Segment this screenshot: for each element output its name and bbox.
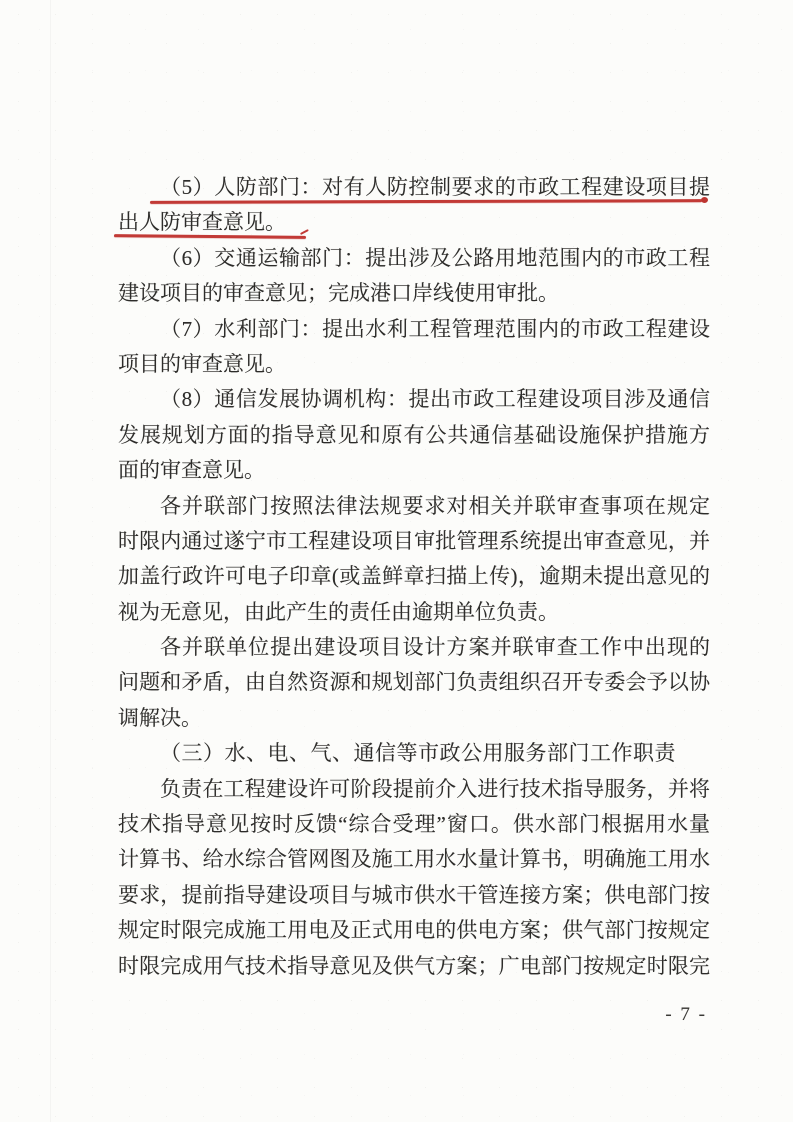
text-line: （8）通信发展协调机构：提出市政工程建设项目涉及通信	[118, 382, 710, 417]
text-line: 视为无意见，由此产生的责任由逾期单位负责。	[118, 595, 710, 630]
text-line: 问题和矛盾，由自然资源和规划部门负责组织召开专委会予以协	[118, 665, 710, 700]
text-line: 项目的审查意见。	[118, 347, 710, 382]
red-pen-dot	[701, 197, 708, 203]
text-line: 技术指导意见按时反馈“综合受理”窗口。供水部门根据用水量	[118, 807, 710, 842]
scanned-document-page: { "page": { "background_color": "#fcfcfa…	[0, 0, 793, 1122]
text-line: 时限完成用气技术指导意见及供气方案；广电部门按规定时限完	[118, 949, 710, 984]
text-line: （7）水利部门：提出水利工程管理范围内的市政工程建设	[118, 312, 710, 347]
section-heading: （三）水、电、气、通信等市政公用服务部门工作职责	[118, 736, 710, 771]
text-line: 面的审查意见。	[118, 453, 710, 488]
document-body-text: （5）人防部门：对有人防控制要求的市政工程建设项目提出人防审查意见。（6）交通运…	[118, 170, 710, 984]
text-line: 负责在工程建设许可阶段提前介入进行技术指导服务，并将	[118, 772, 710, 807]
text-line: 建设项目的审查意见；完成港口岸线使用审批。	[118, 276, 710, 311]
text-line: 各并联部门按照法律法规要求对相关并联审查事项在规定	[118, 489, 710, 524]
page-number: - 7 -	[665, 1003, 707, 1027]
text-line: 计算书、给水综合管网图及施工用水水量计算书，明确施工用水	[118, 842, 710, 877]
text-line: （6）交通运输部门：提出涉及公路用地范围内的市政工程	[118, 241, 710, 276]
scan-artifact-line	[50, 0, 51, 1122]
text-line: 调解决。	[118, 701, 710, 736]
text-line: 发展规划方面的指导意见和原有公共通信基础设施保护措施方	[118, 418, 710, 453]
text-line: 规定时限完成施工用电及正式用电的供电方案；供气部门按规定	[118, 913, 710, 948]
text-line: 各并联单位提出建设项目设计方案并联审查工作中出现的	[118, 630, 710, 665]
text-line: 加盖行政许可电子印章(或盖鲜章扫描上传)，逾期未提出意见的	[118, 559, 710, 594]
text-line: 时限内通过遂宁市工程建设项目审批管理系统提出审查意见，并	[118, 524, 710, 559]
text-line: 要求，提前指导建设项目与城市供水干管连接方案；供电部门按	[118, 878, 710, 913]
